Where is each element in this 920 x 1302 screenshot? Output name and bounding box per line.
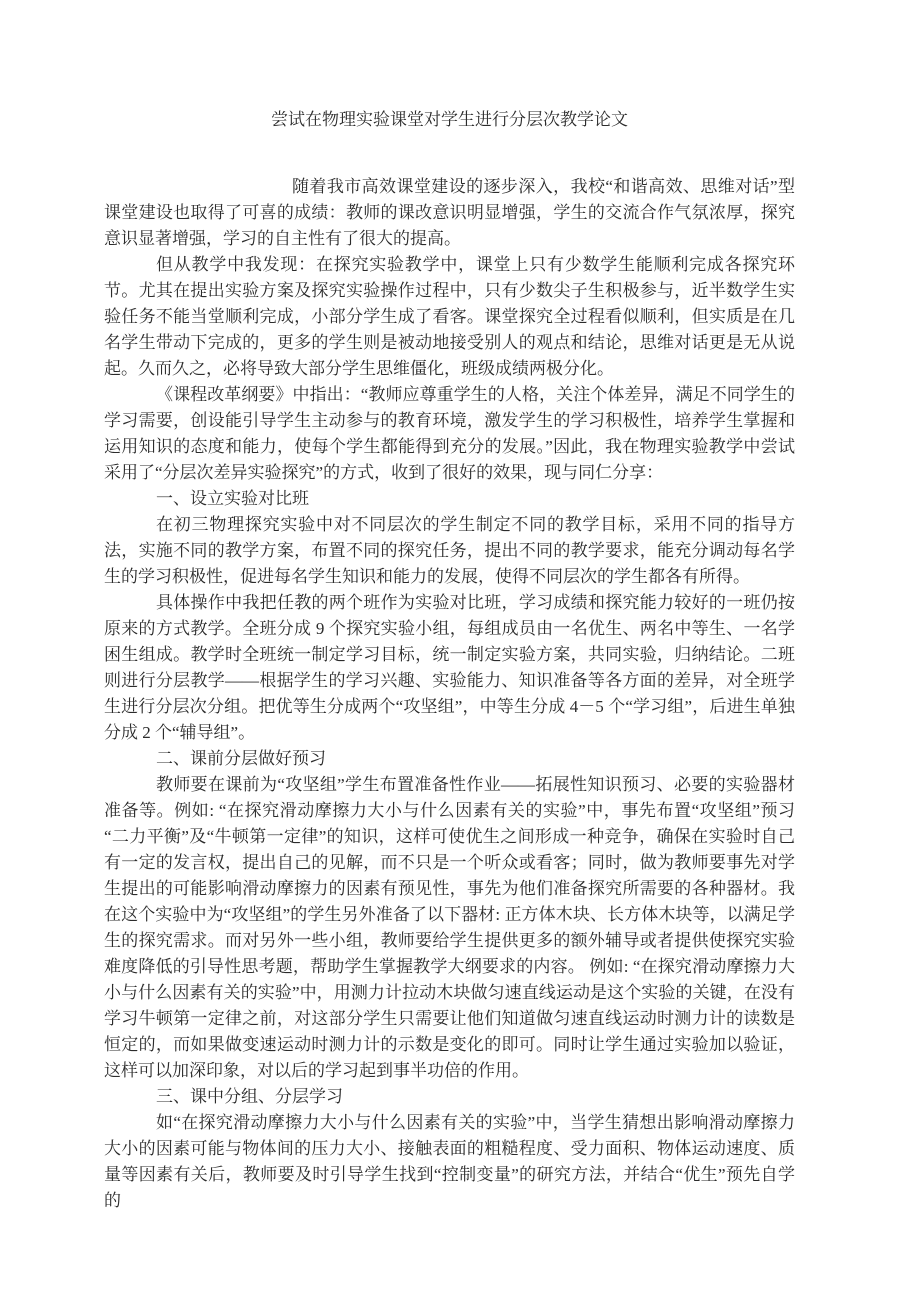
section-heading-3: 三、课中分组、分层学习 (104, 1084, 795, 1110)
section-heading-2: 二、课前分层做好预习 (104, 746, 795, 772)
paragraph-intro: 随着我市高效课堂建设的逐步深入，我校“和谐高效、思维对话”型课堂建设也取得了可喜… (104, 174, 795, 252)
paragraph-curriculum-outline-quote: 《课程改革纲要》中指出：“教师应尊重学生的人格，关注个体差异，满足不同学生的学习… (104, 382, 795, 486)
document-content: 尝试在物理实验课堂对学生进行分层次教学论文 随着我市高效课堂建设的逐步深入，我校… (0, 0, 920, 1214)
document-title: 尝试在物理实验课堂对学生进行分层次教学论文 (104, 107, 795, 133)
section-heading-1: 一、设立实验对比班 (104, 486, 795, 512)
paragraph-section2-preview: 教师要在课前为“攻坚组”学生布置准备性作业——拓展性知识预习、必要的实验器材准备… (104, 772, 795, 1084)
paragraph-section3-grouping: 如“在探究滑动摩擦力大小与什么因素有关的实验”中，当学生猜想出影响滑动摩擦力大小… (104, 1110, 795, 1214)
document-page: 尝试在物理实验课堂对学生进行分层次教学论文 随着我市高效课堂建设的逐步深入，我校… (0, 0, 920, 1302)
paragraph-problem-observation: 但从教学中我发现：在探究实验教学中，课堂上只有少数学生能顺利完成各探究环节。尤其… (104, 252, 795, 382)
paragraph-section1-implementation: 具体操作中我把任教的两个班作为实验对比班，学习成绩和探究能力较好的一班仍按原来的… (104, 590, 795, 746)
paragraph-section1-goals: 在初三物理探究实验中对不同层次的学生制定不同的教学目标，采用不同的指导方法，实施… (104, 512, 795, 590)
